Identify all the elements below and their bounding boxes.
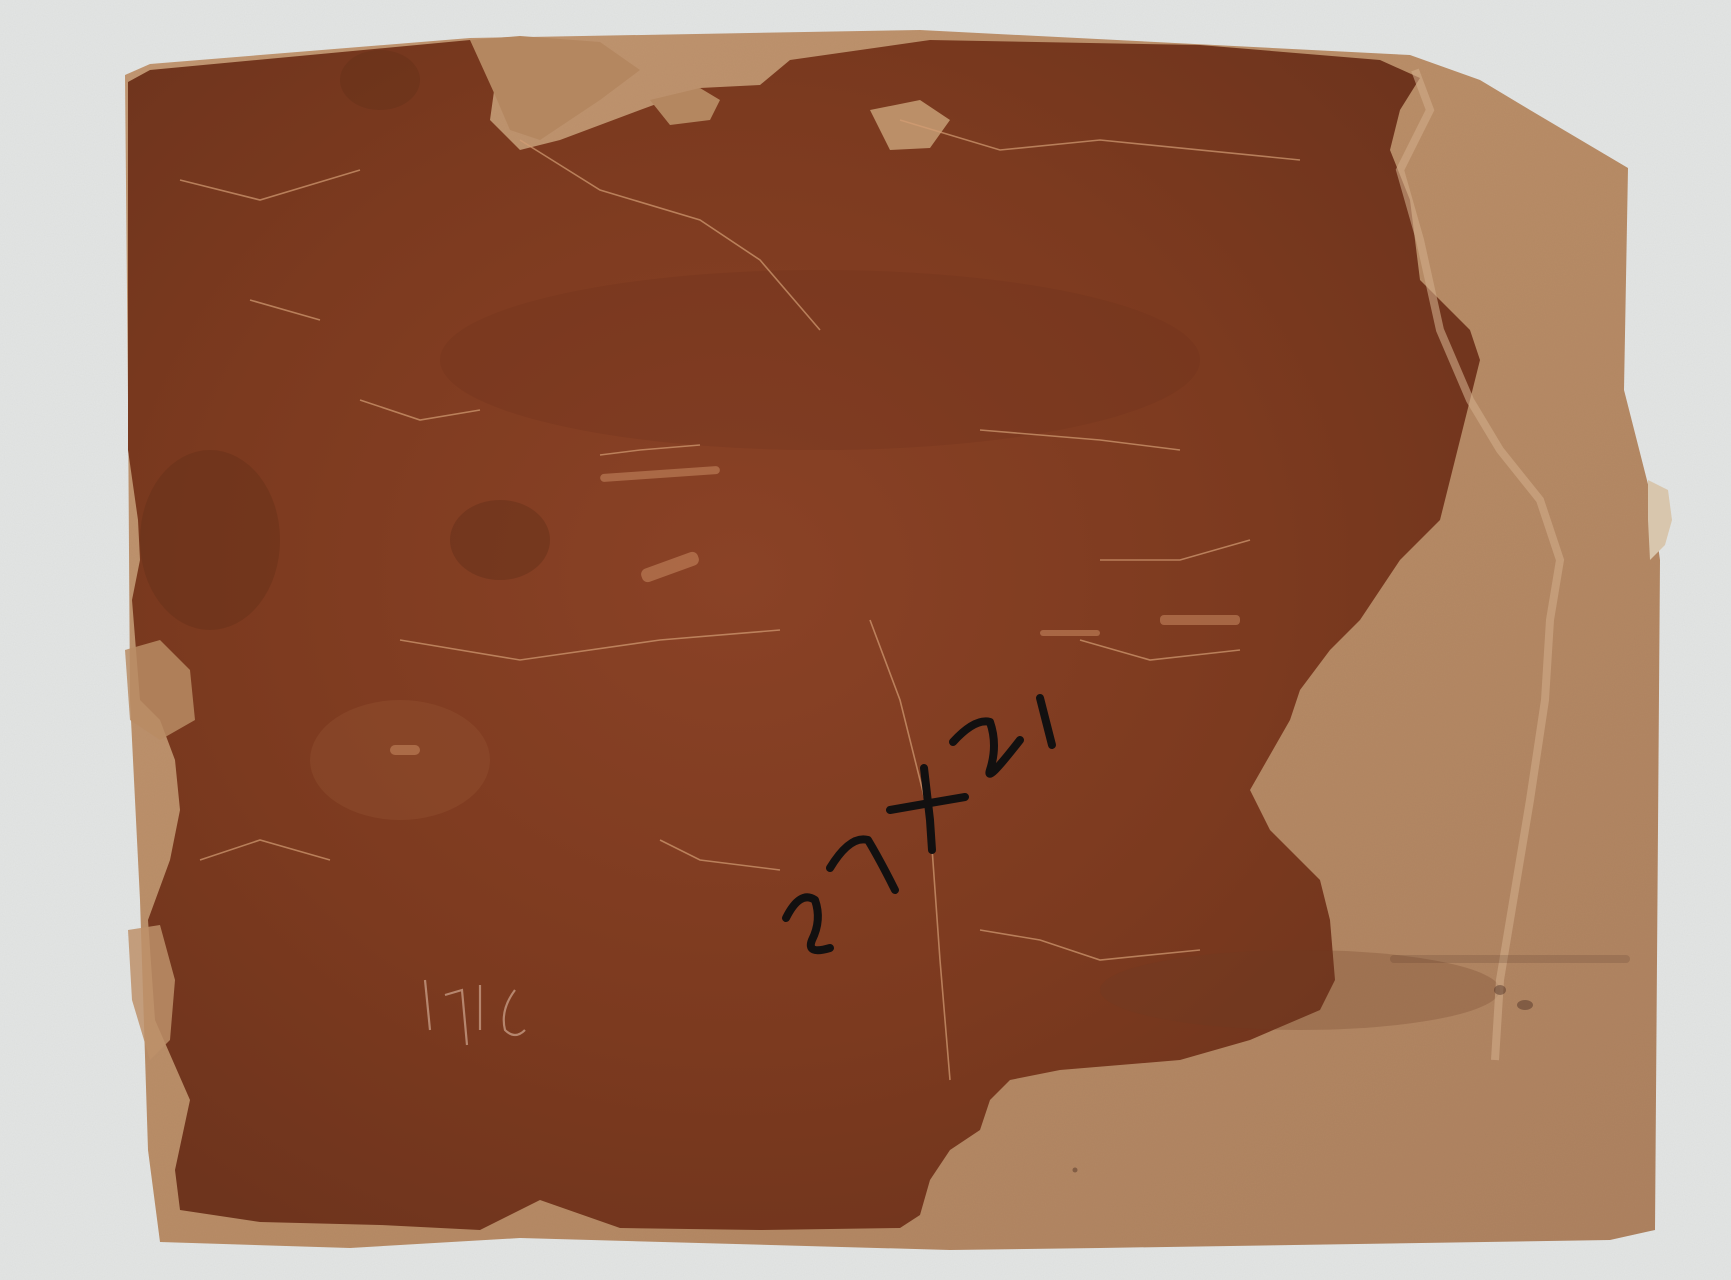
- photo-scene: [0, 0, 1731, 1280]
